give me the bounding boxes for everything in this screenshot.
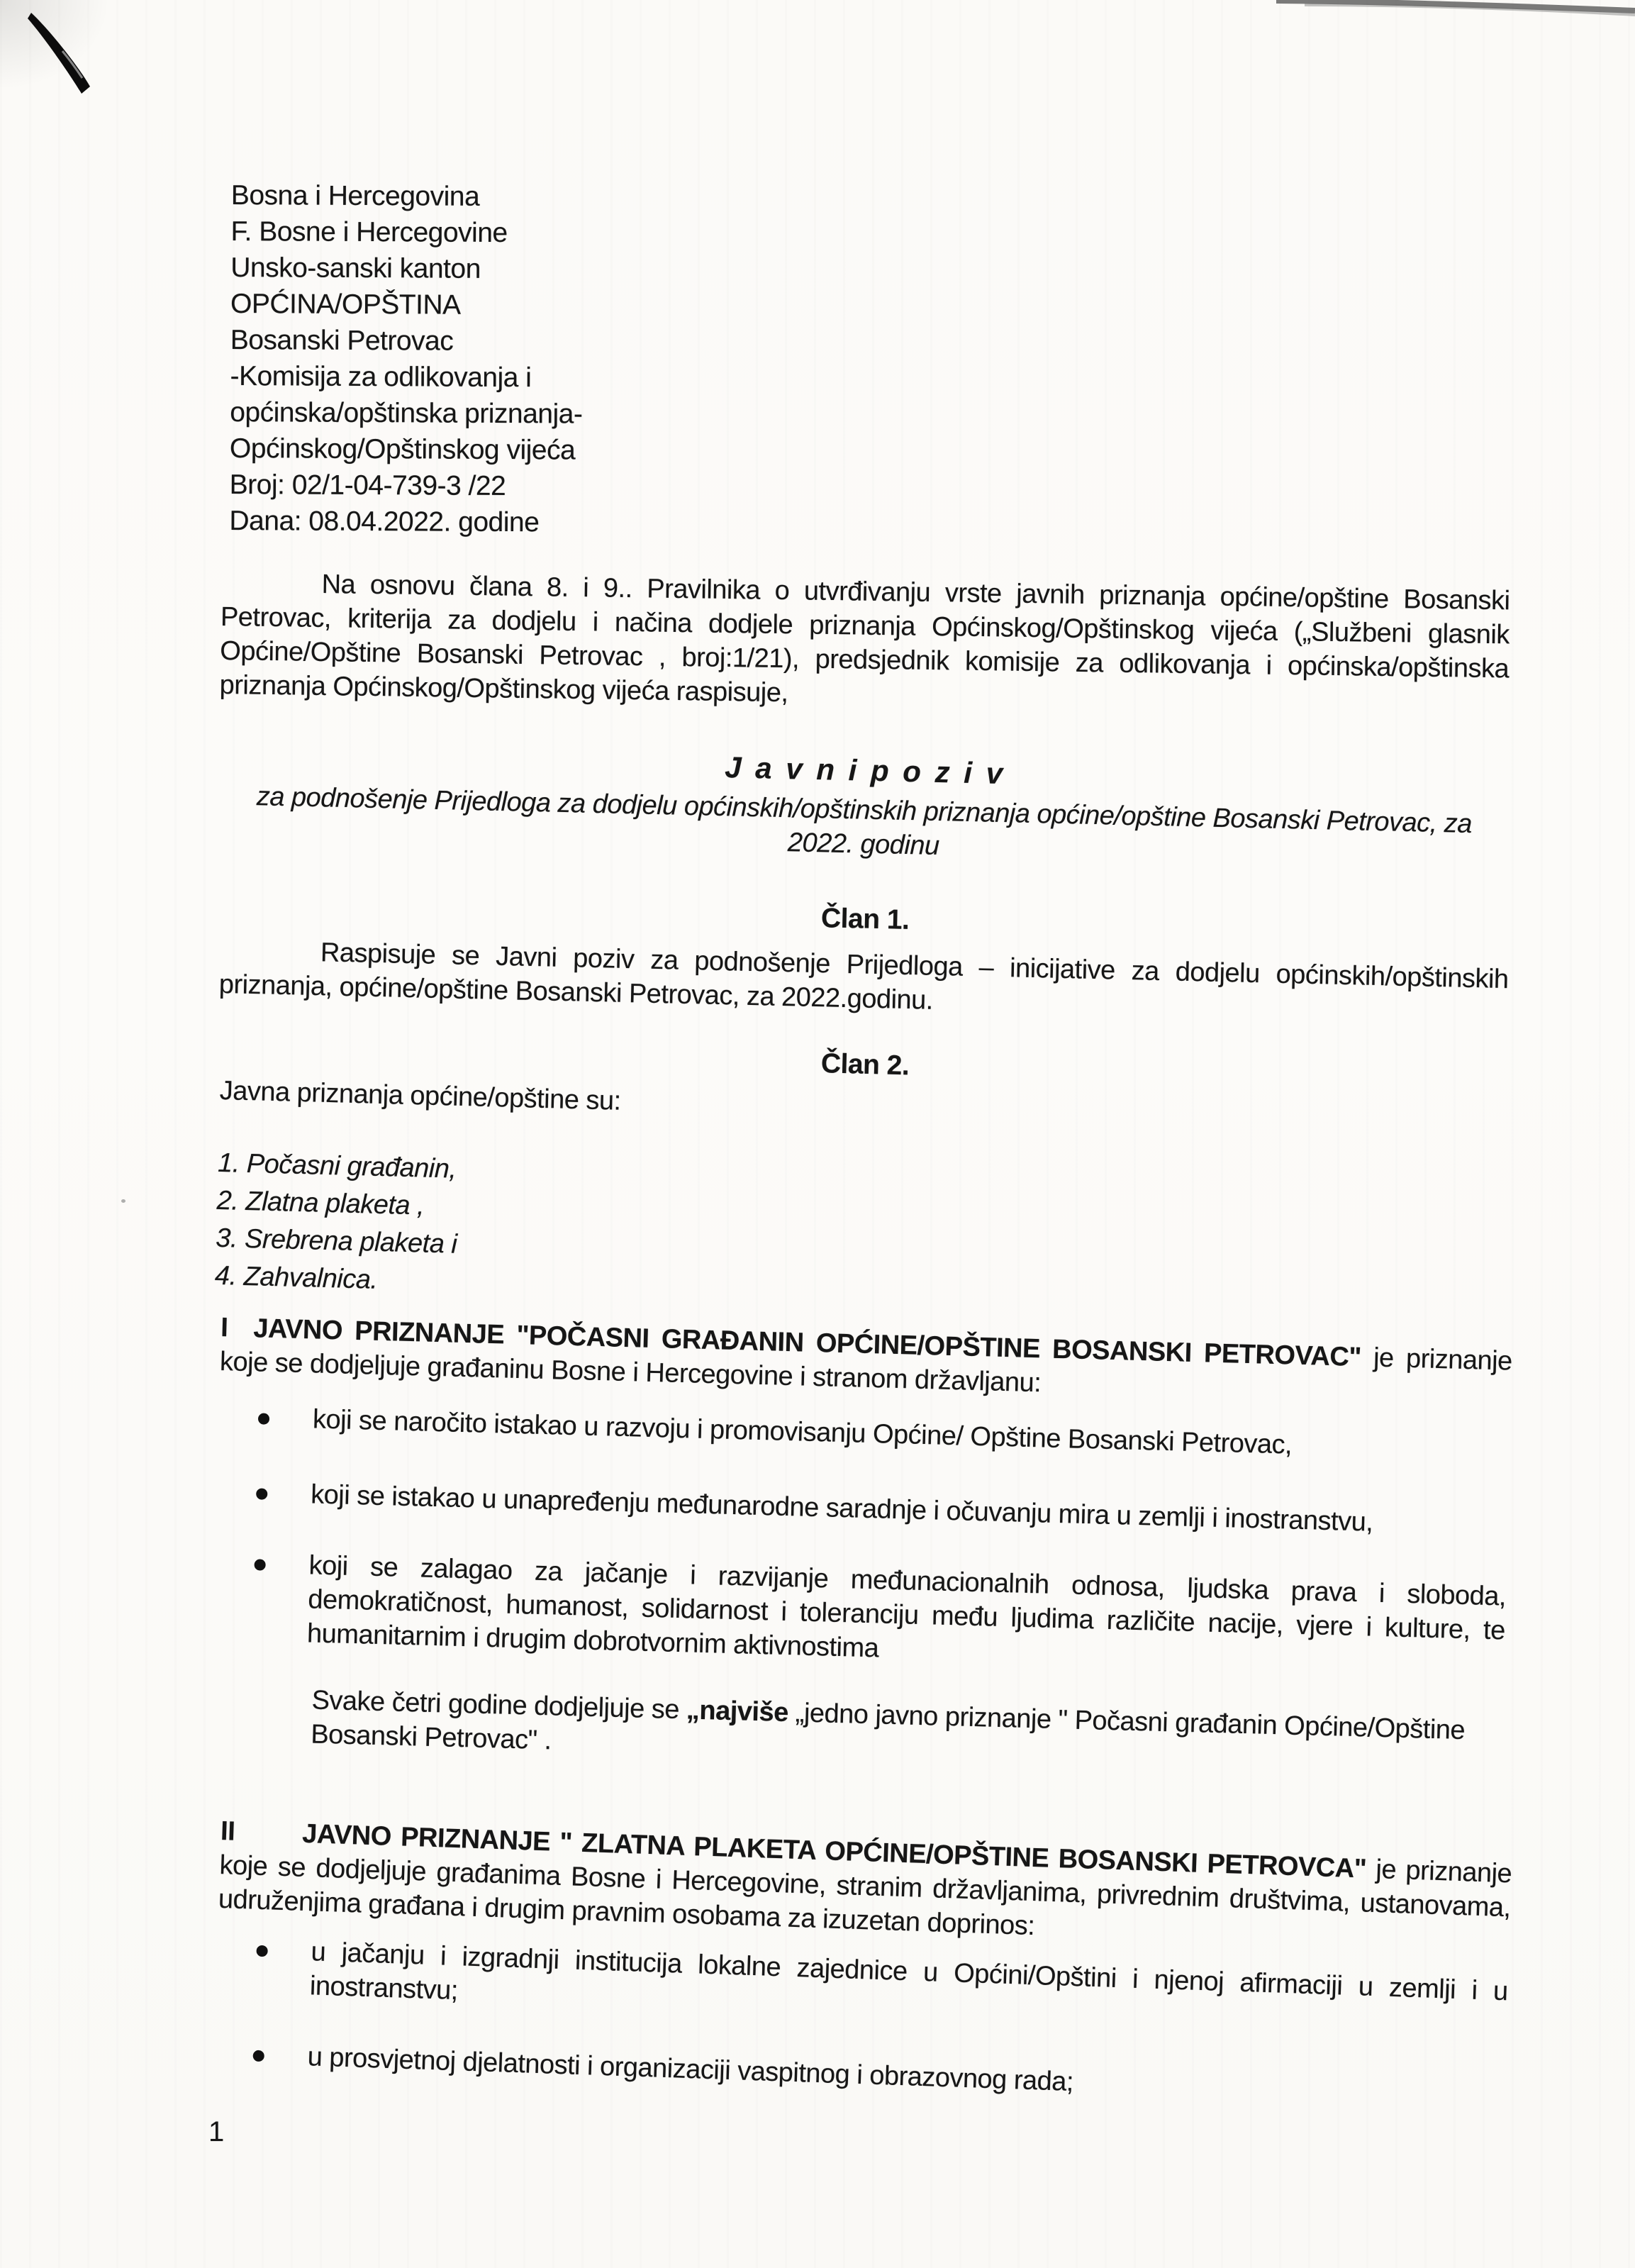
article-2: Član 2. Javna priznanja općine/opštine s… [214,1031,1510,1328]
letterhead: Bosna i Hercegovina F. Bosne i Hercegovi… [229,177,584,541]
article-1: Član 1. Raspisuje se Javni poziv za podn… [218,888,1510,1030]
letterhead-line: OPĆINA/OPŠTINA [230,286,583,324]
section-1-heading-paragraph: IJAVNO PRIZNANJE "POČASNI GRAĐANIN OPĆIN… [219,1311,1512,1413]
section-2-golden-plaque: IIJAVNO PRIZNANJE " ZLATNA PLAKETA OPĆIN… [213,1814,1512,2113]
article-1-body: Raspisuje se Javni poziv za podnošenje P… [218,933,1509,1030]
letterhead-line: Općinskog/Opštinskog vijeća [230,430,582,469]
bullet-text: u prosvjetnoj djelatnosti i organizaciji… [307,2042,1074,2097]
letterhead-line-protocol-number: Broj: 02/1-04-739-3 /22 [230,467,582,505]
bullet-item: u prosvjetnoj djelatnosti i organizaciji… [213,2037,1505,2113]
section-2-bullets: u jačanju i izgradnji institucija lokaln… [213,1932,1508,2113]
bullet-dot [258,1413,269,1424]
intro-paragraph-block: Na osnovu člana 8. i 9.. Pravilnika o ut… [219,566,1510,720]
letterhead-line: F. Bosne i Hercegovine [230,213,583,252]
intro-paragraph: Na osnovu člana 8. i 9.. Pravilnika o ut… [219,566,1510,720]
bullet-text: koji se istakao u unapređenju međunarodn… [311,1479,1373,1537]
letterhead-line: -Komisija za odlikovanja i [230,358,582,396]
closing-text: Svake četri godine dodjeljuje se [311,1686,686,1725]
dust-speck-artifact [121,1199,125,1203]
pen-mark-artifact [20,7,126,113]
section-2-heading-paragraph: IIJAVNO PRIZNANJE " ZLATNA PLAKETA OPĆIN… [218,1814,1512,1959]
page-number: 1 [208,2115,224,2149]
section-1-honorary-citizen: IJAVNO PRIZNANJE "POČASNI GRAĐANIN OPĆIN… [210,1311,1513,1782]
bullet-item: koji se naročito istakao u razvoju i pro… [218,1400,1510,1468]
section-1-closing-paragraph: Svake četri godine dodjeljuje se „najviš… [311,1684,1503,1783]
scanned-document-page: Bosna i Hercegovina F. Bosne i Hercegovi… [0,0,1635,2268]
section-1-bullets: koji se naročito istakao u razvoju i pro… [213,1400,1511,1682]
bullet-dot [252,2050,264,2062]
bullet-item: koji se istakao u unapređenju međunarodn… [216,1475,1509,1543]
bullet-text: koji se zalagao za jačanje i razvijanje … [307,1550,1507,1663]
award-list: 1. Počasni građanin, 2. Zlatna plaketa ,… [214,1145,1507,1329]
bullet-dot [256,1945,268,1957]
closing-bold-text: „najviše [686,1695,788,1728]
letterhead-line: Bosanski Petrovac [230,322,583,360]
letterhead-line-date: Dana: 08.04.2022. godine [229,503,581,541]
section-2-numeral: II [221,1816,236,1847]
letterhead-line: Bosna i Hercegovina [231,177,584,216]
bullet-dot [256,1488,267,1499]
section-1-numeral: I [221,1313,228,1343]
scanner-streak-artifact [1276,0,1635,20]
bullet-dot [254,1559,265,1570]
letterhead-line: općinska/opštinska priznanja- [230,394,582,433]
title-block: J a v n i p o z i v za podnošenje Prijed… [219,738,1510,876]
bullet-item: koji se zalagao za jačanje i razvijanje … [213,1546,1507,1682]
letterhead-line: Unsko-sanski kanton [230,250,583,288]
bullet-text: koji se naročito istakao u razvoju i pro… [312,1404,1292,1460]
